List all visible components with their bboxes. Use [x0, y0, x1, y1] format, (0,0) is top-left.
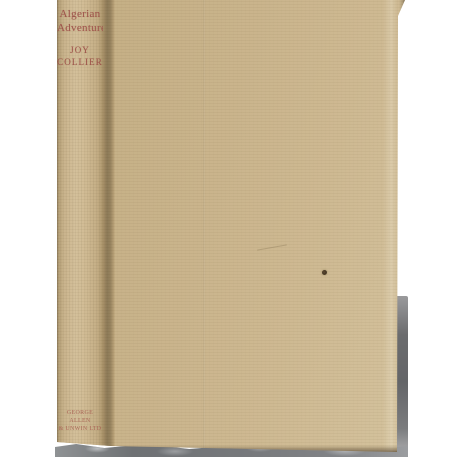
spine-publisher-imprint: GEORGE ALLEN & UNWIN LTD	[57, 409, 103, 433]
cover-crease	[203, 0, 205, 452]
spine-hinge-groove	[103, 0, 115, 452]
spine-author: JOY COLLIER	[57, 44, 103, 68]
spine-title-line1: Algerian	[57, 7, 103, 21]
cover-scratch	[257, 244, 287, 250]
book-spine: Algerian Adventure JOY COLLIER GEORGE AL…	[57, 0, 103, 452]
book-photo: Algerian Adventure JOY COLLIER GEORGE AL…	[0, 0, 458, 458]
spine-title: Algerian Adventure	[57, 7, 103, 35]
book-cover: Algerian Adventure JOY COLLIER GEORGE AL…	[57, 0, 405, 452]
fore-edge-highlight	[383, 0, 397, 452]
cover-speck	[322, 270, 327, 275]
spine-author-line2: COLLIER	[57, 56, 103, 68]
spine-author-line1: JOY	[57, 44, 103, 56]
spine-title-line2: Adventure	[57, 21, 103, 35]
spine-publisher-line2: & UNWIN LTD	[57, 425, 103, 433]
spine-publisher-line1: GEORGE ALLEN	[57, 409, 103, 425]
